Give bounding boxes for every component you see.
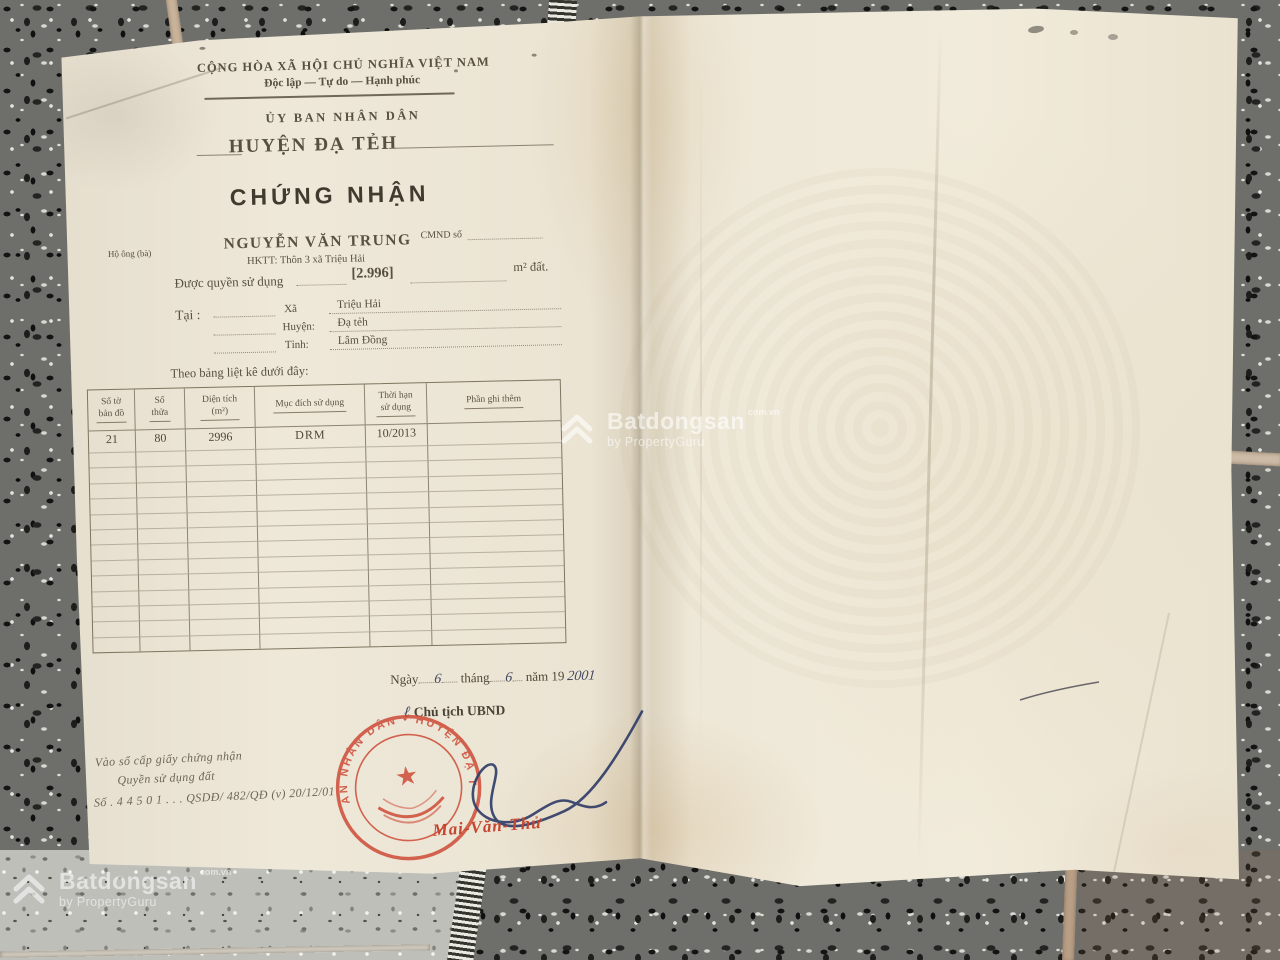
table-empty-cell bbox=[140, 635, 190, 651]
watermark-tld: com.vn bbox=[748, 407, 780, 417]
table-empty-cell bbox=[140, 604, 190, 620]
table-empty-cell bbox=[366, 460, 428, 477]
table-empty-cell bbox=[190, 603, 260, 620]
watermark-byline: by PropertyGuru bbox=[607, 436, 779, 449]
table-empty-cell bbox=[92, 559, 139, 575]
watermark-brand: Batdongsan bbox=[607, 408, 745, 434]
grant-dots-2 bbox=[410, 268, 506, 288]
table-empty-cell bbox=[93, 605, 140, 621]
table-empty-cell bbox=[370, 614, 432, 631]
table-empty-cell bbox=[91, 513, 138, 529]
table-empty-cell bbox=[370, 630, 432, 647]
col-map-sheet: Số tờbản đồ bbox=[88, 389, 136, 430]
table-empty-cell bbox=[138, 543, 188, 559]
holder-label: Hộ ông (bà) bbox=[108, 248, 152, 259]
location-label: Tại : bbox=[175, 307, 200, 324]
id-number-dots bbox=[467, 226, 542, 246]
table-empty-cell bbox=[90, 467, 137, 483]
paper-speck bbox=[199, 47, 205, 50]
table-empty-cell bbox=[137, 497, 187, 513]
issuer-line: ỦY BAN NHÂN DÂN bbox=[198, 107, 488, 128]
batdongsan-logo-icon bbox=[556, 409, 598, 447]
cell-area: 2996 bbox=[186, 427, 256, 451]
table-empty-cell bbox=[368, 522, 430, 539]
certificate-paper: CỘNG HÒA XÃ HỘI CHỦ NGHĨA VIỆT NAM Độc l… bbox=[0, 0, 1280, 960]
area-value: [2.996] bbox=[351, 265, 394, 283]
table-empty-cell bbox=[91, 544, 138, 560]
col-parcel-no: Sốthửa bbox=[135, 388, 186, 429]
table-empty-cell bbox=[189, 557, 259, 574]
table-empty-cell bbox=[93, 636, 140, 652]
table-empty-cell bbox=[187, 480, 257, 497]
table-empty-cell bbox=[93, 621, 140, 637]
certificate-left-page: CỘNG HÒA XÃ HỘI CHỦ NGHĨA VIỆT NAM Độc l… bbox=[0, 0, 1280, 960]
date-word-month: tháng bbox=[460, 670, 489, 686]
col-term: Thời hạnsử dụng bbox=[365, 383, 428, 424]
table-empty-cell bbox=[186, 449, 256, 466]
table-empty-cell bbox=[138, 527, 188, 543]
table-empty-cell bbox=[138, 512, 188, 528]
district-label: Huyện: bbox=[282, 321, 315, 334]
parcel-table: Số tờbản đồ Sốthửa Diện tích(m²) Mục đíc… bbox=[87, 379, 567, 653]
location-lead-dots-2 bbox=[213, 321, 275, 340]
table-empty-cell bbox=[368, 553, 430, 570]
table-empty-cell bbox=[91, 528, 138, 544]
table-empty-cell bbox=[188, 510, 258, 527]
table-empty-cell bbox=[368, 537, 430, 554]
table-empty-cell bbox=[90, 498, 137, 514]
cell-land-use: DRM bbox=[256, 424, 366, 448]
table-intro: Theo bảng liệt kê dưới đây: bbox=[170, 364, 308, 382]
grout-right-edge bbox=[1228, 451, 1280, 467]
date-month-value: 6 bbox=[505, 670, 513, 686]
certificate-title: CHỨNG NHẬN bbox=[179, 179, 480, 213]
table-empty-cell bbox=[370, 599, 432, 616]
table-empty-cell bbox=[188, 526, 258, 543]
col-area: Diện tích(m²) bbox=[185, 387, 256, 429]
col-notes: Phần ghi thêm bbox=[427, 380, 561, 423]
table-empty-cell bbox=[190, 618, 260, 635]
grant-label: Được quyền sử dụng bbox=[174, 273, 283, 291]
table-empty-cell bbox=[187, 495, 257, 512]
national-motto-line2: Độc lập — Tự do — Hạnh phúc bbox=[197, 73, 487, 91]
table-empty-cell bbox=[189, 572, 259, 589]
area-unit: m² đất. bbox=[513, 259, 548, 275]
motto-underline bbox=[205, 92, 455, 99]
paper-speck bbox=[454, 69, 458, 72]
table-empty-cell bbox=[90, 482, 137, 498]
cell-term: 10/2013 bbox=[366, 423, 428, 446]
province-dots bbox=[330, 332, 562, 355]
table-empty-cell bbox=[140, 620, 190, 636]
watermark-byline: by PropertyGuru bbox=[59, 896, 231, 909]
paper-speck bbox=[532, 54, 537, 57]
batdongsan-logo-icon bbox=[8, 869, 50, 907]
location-lead-dots-1 bbox=[213, 303, 275, 322]
table-empty-cell bbox=[367, 507, 429, 524]
table-empty-cell bbox=[139, 558, 189, 574]
ink-smudge bbox=[1070, 30, 1078, 35]
table-empty-cell bbox=[432, 627, 565, 645]
table-empty-cell bbox=[139, 573, 189, 589]
grant-dots-1 bbox=[296, 272, 346, 291]
table-empty-cell bbox=[89, 451, 136, 467]
table-empty-cell bbox=[260, 631, 370, 649]
commune-label: Xã bbox=[284, 303, 297, 315]
holder-name: NGUYỄN VĂN TRUNG bbox=[224, 231, 412, 253]
location-lead-dots-3 bbox=[214, 339, 276, 358]
cell-parcel-no: 80 bbox=[136, 428, 186, 451]
province-label: Tỉnh: bbox=[285, 339, 309, 352]
date-line: Ngày6 tháng6 năm 19 2001 bbox=[390, 666, 596, 688]
registry-note-line1: Vào sổ cấp giấy chứng nhận bbox=[95, 748, 243, 770]
cell-notes bbox=[428, 420, 561, 445]
table-empty-cell bbox=[137, 481, 187, 497]
table-empty-cell bbox=[187, 464, 257, 481]
cell-map-sheet: 21 bbox=[89, 429, 136, 452]
table-empty-cell bbox=[366, 445, 428, 462]
table-empty-cell bbox=[189, 587, 259, 604]
photo-scene: CỘNG HÒA XÃ HỘI CHỦ NGHĨA VIỆT NAM Độc l… bbox=[0, 0, 1280, 960]
watermark-tld: com.vn bbox=[200, 867, 232, 877]
watermark-center: Batdongsancom.vn by PropertyGuru bbox=[556, 408, 779, 449]
table-empty-cell bbox=[367, 491, 429, 508]
table-empty-cell bbox=[137, 466, 187, 482]
id-number-label: CMND số bbox=[420, 229, 462, 241]
watermark-bottom-left: Batdongsancom.vn by PropertyGuru bbox=[8, 868, 231, 909]
table-empty-cell bbox=[188, 541, 258, 558]
table-empty-cell bbox=[136, 450, 186, 466]
table-empty-cell bbox=[139, 589, 189, 605]
date-year-value: 2001 bbox=[567, 668, 596, 685]
watermark-brand: Batdongsan bbox=[59, 868, 197, 894]
table-empty-rows bbox=[89, 442, 565, 652]
table-empty-cell bbox=[190, 633, 260, 650]
registry-note-line3: Số . 4 4 5 0 1 . . . QSDĐ/ 482/QĐ (v) 20… bbox=[94, 784, 336, 811]
table-empty-cell bbox=[367, 476, 429, 493]
registry-note-line2: Quyền sử dụng đất bbox=[117, 769, 215, 789]
date-day-value: 6 bbox=[434, 672, 442, 688]
date-word-day: Ngày bbox=[390, 671, 418, 687]
date-word-year: năm 19 bbox=[526, 668, 565, 684]
col-land-use: Mục đích sử dụng bbox=[255, 384, 366, 426]
table-empty-cell bbox=[92, 575, 139, 591]
table-empty-cell bbox=[92, 590, 139, 606]
table-empty-cell bbox=[369, 584, 431, 601]
table-empty-cell bbox=[369, 568, 431, 585]
ink-smudge bbox=[1108, 34, 1118, 40]
stray-pen-line bbox=[1015, 668, 1105, 708]
